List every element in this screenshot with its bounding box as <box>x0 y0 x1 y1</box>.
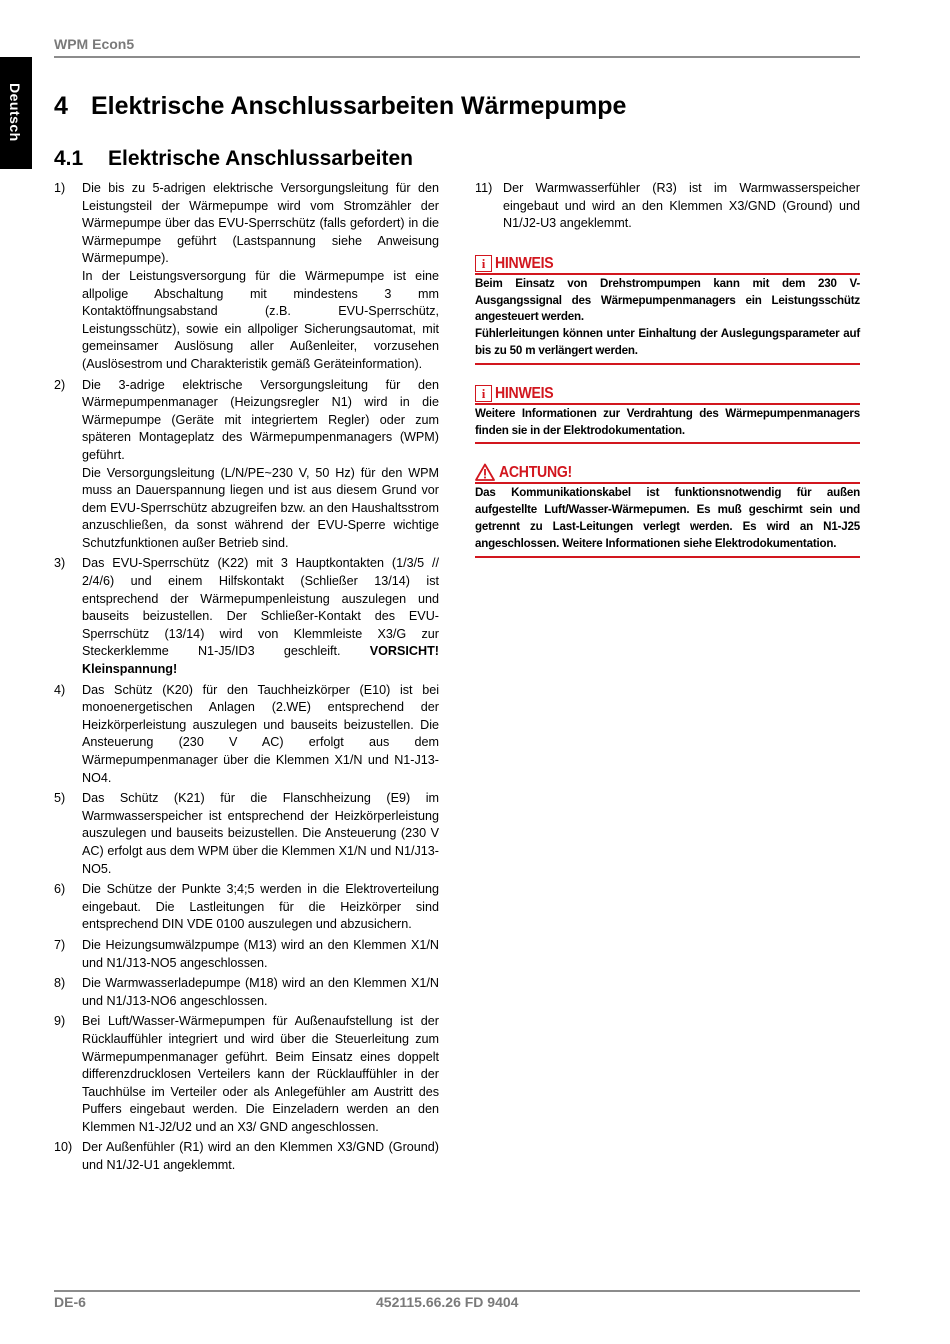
item-number: 7) <box>54 937 65 955</box>
list-item: 7) Die Heizungsumwälzpumpe (M13) wird an… <box>54 937 439 972</box>
item-text: Die Heizungsumwälzpumpe (M13) wird an de… <box>82 937 439 972</box>
item-text: In der Leistungsversorgung für die Wärme… <box>82 268 439 374</box>
item-text: Die Schütze der Punkte 3;4;5 werden in d… <box>82 881 439 934</box>
item-text: Die bis zu 5-adrigen elektrische Versorg… <box>82 180 439 268</box>
item-number: 8) <box>54 975 65 993</box>
footer-document-number: 452115.66.26 FD 9404 <box>376 1294 518 1310</box>
notice-hinweis-pumps: i HINWEIS Beim Einsatz von Drehstrompump… <box>475 251 860 365</box>
item-number: 6) <box>54 881 65 899</box>
notice-label: HINWEIS <box>495 385 553 403</box>
header-product-title: WPM Econ5 <box>54 36 134 52</box>
list-item: 10) Der Außenfühler (R1) wird an den Kle… <box>54 1139 439 1174</box>
item-text: Bei Luft/Wasser-Wärmepumpen für Außenauf… <box>82 1013 439 1136</box>
section-heading: 4.1Elektrische Anschlussarbeiten <box>54 147 413 171</box>
warning-triangle-icon <box>475 463 495 481</box>
notice-body: Weitere Informationen zur Verdrahtung de… <box>475 405 860 445</box>
item-text: Der Warmwasserfühler (R3) ist im Warmwas… <box>503 180 860 233</box>
item-text: Die Warmwasserladepumpe (M18) wird an de… <box>82 975 439 1010</box>
list-item: 9) Bei Luft/Wasser-Wärmepumpen für Außen… <box>54 1013 439 1136</box>
notice-label: HINWEIS <box>495 255 553 273</box>
item-text: Das Schütz (K20) für den Tauchheizkörper… <box>82 682 439 788</box>
notice-header: i HINWEIS <box>475 381 860 405</box>
footer-page-number: DE-6 <box>54 1294 86 1310</box>
chapter-heading: 4Elektrische Anschlussarbeiten Wärmepump… <box>54 92 626 121</box>
notice-achtung: ACHTUNG! Das Kommunikationskabel ist fun… <box>475 460 860 557</box>
list-item: 3) Das EVU-Sperrschütz (K22) mit 3 Haupt… <box>54 555 439 678</box>
item-number: 5) <box>54 790 65 808</box>
list-item: 2) Die 3-adrige elektrische Versorgungsl… <box>54 377 439 553</box>
chapter-title: Elektrische Anschlussarbeiten Wärmepumpe <box>91 92 626 120</box>
section-number: 4.1 <box>54 147 108 171</box>
item-number: 4) <box>54 682 65 700</box>
item-number: 9) <box>54 1013 65 1031</box>
item-number: 11) <box>475 180 492 198</box>
item-number: 10) <box>54 1139 72 1157</box>
language-tab: Deutsch <box>0 57 32 169</box>
chapter-number: 4 <box>54 92 91 121</box>
notice-body: Beim Einsatz von Drehstrompumpen kann mi… <box>475 275 860 365</box>
list-item: 8) Die Warmwasserladepumpe (M18) wird an… <box>54 975 439 1010</box>
header-rule <box>54 56 860 58</box>
notice-header: ACHTUNG! <box>475 460 860 484</box>
notice-body: Das Kommunikationskabel ist funktionsnot… <box>475 484 860 557</box>
item-text: Der Außenfühler (R1) wird an den Klemmen… <box>82 1139 439 1174</box>
list-item: 6) Die Schütze der Punkte 3;4;5 werden i… <box>54 881 439 934</box>
list-item: 11) Der Warmwasserfühler (R3) ist im War… <box>475 180 860 233</box>
item-text: Das EVU-Sperrschütz (K22) mit 3 Hauptkon… <box>82 555 439 678</box>
item-number: 3) <box>54 555 65 573</box>
section-title: Elektrische Anschlussarbeiten <box>108 147 413 170</box>
notice-label: ACHTUNG! <box>499 464 572 482</box>
notice-hinweis-wiring: i HINWEIS Weitere Informationen zur Verd… <box>475 381 860 445</box>
item-text: Die Versorgungsleitung (L/N/PE~230 V, 50… <box>82 465 439 553</box>
notice-header: i HINWEIS <box>475 251 860 275</box>
item-number: 1) <box>54 180 65 198</box>
language-tab-label: Deutsch <box>7 83 23 142</box>
footer-rule <box>54 1290 860 1292</box>
right-column: 11) Der Warmwasserfühler (R3) ist im War… <box>475 180 860 558</box>
left-column: 1) Die bis zu 5-adrigen elektrische Vers… <box>54 180 439 1178</box>
info-icon: i <box>475 385 492 402</box>
list-item: 5) Das Schütz (K21) für die Flanschheizu… <box>54 790 439 878</box>
item-text: Das Schütz (K21) für die Flanschheizung … <box>82 790 439 878</box>
item-text: Die 3-adrige elektrische Versorgungsleit… <box>82 377 439 465</box>
item-number: 2) <box>54 377 65 395</box>
list-item: 4) Das Schütz (K20) für den Tauchheizkör… <box>54 682 439 788</box>
info-icon: i <box>475 255 492 272</box>
list-item: 1) Die bis zu 5-adrigen elektrische Vers… <box>54 180 439 374</box>
